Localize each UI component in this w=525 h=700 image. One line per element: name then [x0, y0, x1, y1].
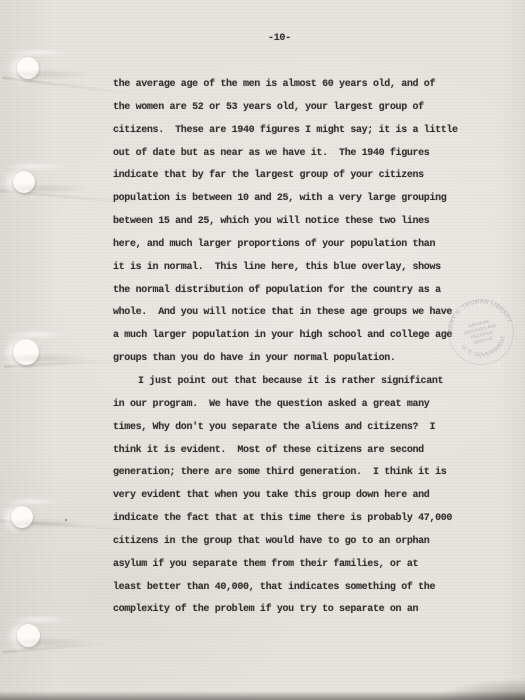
text-line: generation; there are some third generat…: [113, 462, 473, 485]
page-number: -10-: [268, 33, 291, 44]
text-line: times, Why don't you separate the aliens…: [113, 417, 473, 440]
document-page: -10- the average age of the men is almos…: [0, 0, 525, 700]
text-line: between 15 and 25, which you will notice…: [113, 211, 473, 234]
text-line: the normal distribution of population fo…: [113, 280, 473, 303]
text-line: very evident that when you take this gro…: [113, 485, 473, 508]
hole-punch: [17, 624, 40, 647]
text-line: think it is evident. Most of these citiz…: [113, 440, 473, 463]
text-line: groups than you do have in your normal p…: [113, 348, 473, 371]
text-line: citizens in the group that would have to…: [113, 531, 473, 554]
text-line: complexity of the problem if you try to …: [113, 599, 473, 622]
text-line: indicate that by far the largest group o…: [113, 165, 473, 188]
hole-punch: [11, 506, 33, 528]
scan-corner-shadow: [435, 678, 525, 700]
paragraph: I just point out that because it is rath…: [113, 371, 473, 622]
paper-speck: [65, 519, 67, 521]
text-line: the average age of the men is almost 60 …: [113, 74, 473, 97]
text-line: out of date but as near as we have it. T…: [113, 143, 473, 166]
text-line: indicate the fact that at this time ther…: [113, 508, 473, 531]
hole-punch: [17, 57, 39, 79]
text-line: the women are 52 or 53 years old, your l…: [113, 97, 473, 120]
text-line: population is between 10 and 25, with a …: [113, 188, 473, 211]
scan-bottom-edge: [0, 691, 525, 700]
text-line: in our program. We have the question ask…: [113, 394, 473, 417]
typewritten-text: the average age of the men is almost 60 …: [113, 74, 473, 622]
text-line: citizens. These are 1940 figures I might…: [113, 120, 473, 143]
text-line: least better than 40,000, that indicates…: [113, 577, 473, 600]
hole-punch: [13, 171, 35, 193]
text-line: asylum if you separate them from their f…: [113, 554, 473, 577]
paragraph: the average age of the men is almost 60 …: [113, 74, 473, 371]
text-line: a much larger population in your high sc…: [113, 325, 473, 348]
text-line: here, and much larger proportions of you…: [113, 234, 473, 257]
text-line: whole. And you will notice that in these…: [113, 302, 473, 325]
text-line: it is in normal. This line here, this bl…: [113, 257, 473, 280]
hole-punch: [13, 339, 39, 365]
text-line: I just point out that because it is rath…: [113, 371, 473, 394]
